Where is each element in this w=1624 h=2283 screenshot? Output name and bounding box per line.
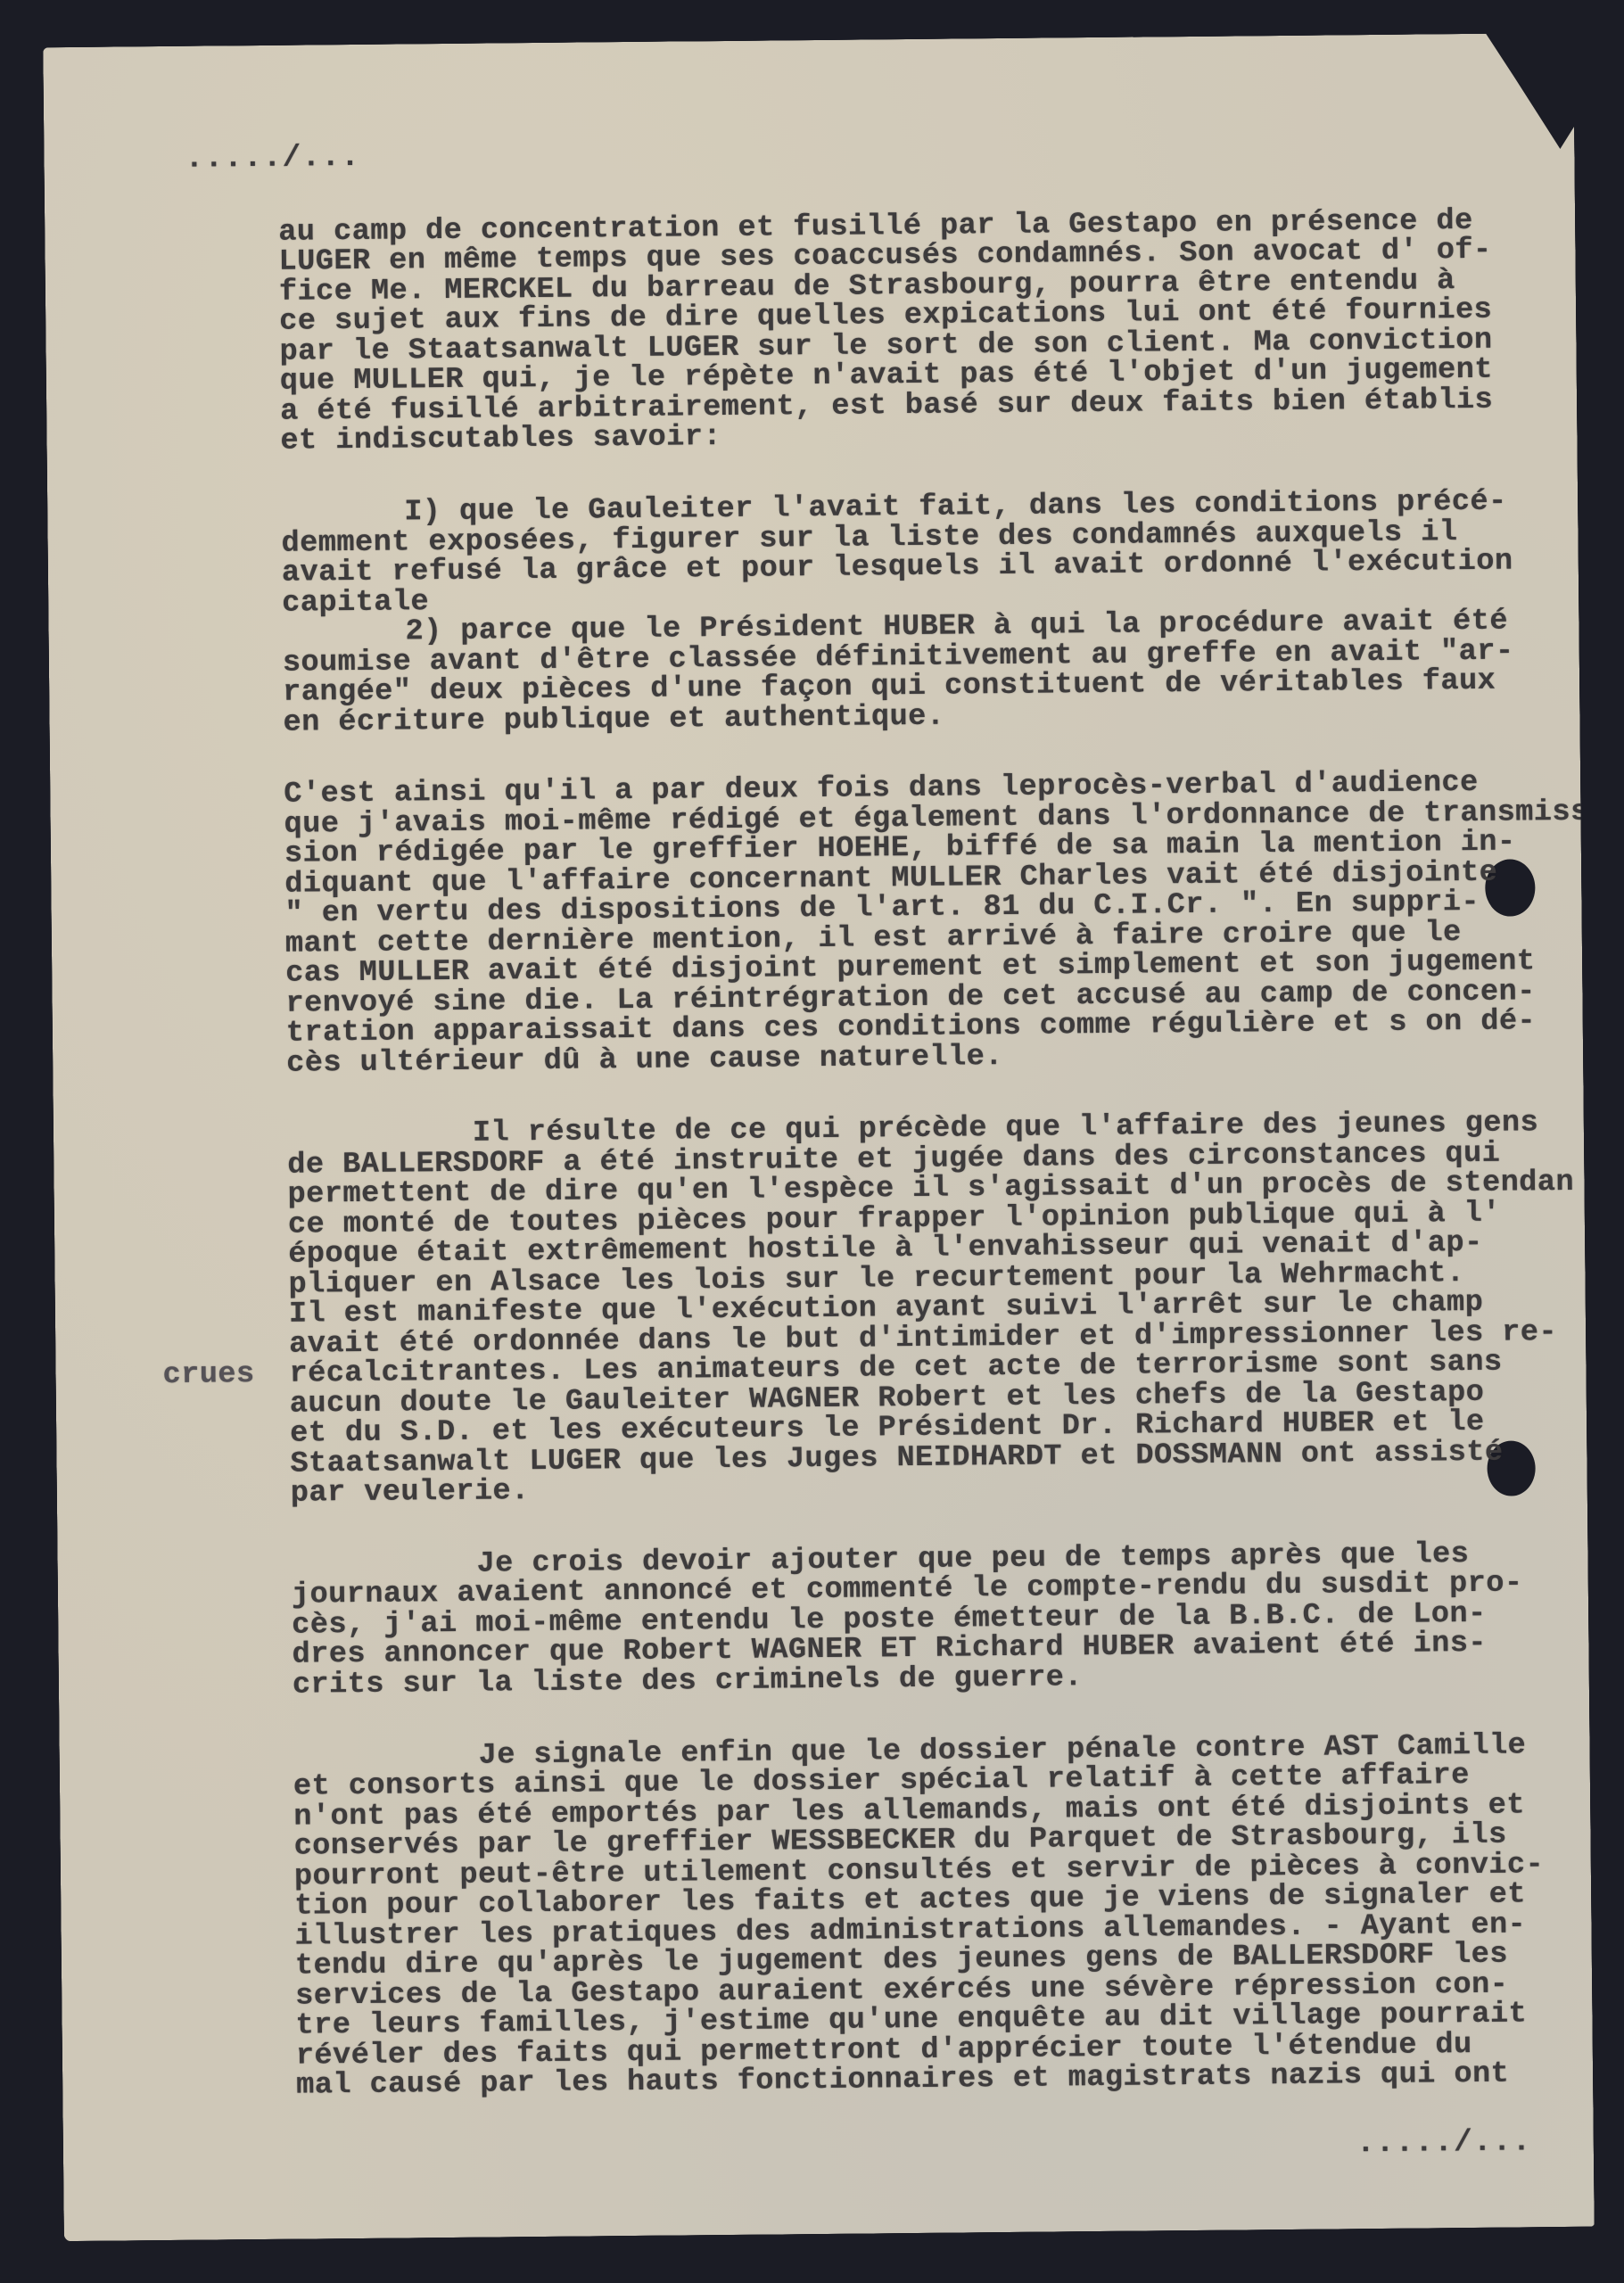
text-line: par veulerie.: [291, 1476, 530, 1509]
document-page: ...../... au camp de concentration et fu…: [43, 33, 1595, 2241]
footer-continuation: ...../...: [1356, 2127, 1532, 2159]
text-line: cès ultérieur dû à une cause naturelle.: [286, 1042, 1003, 1079]
typewritten-text: ...../... au camp de concentration et fu…: [43, 47, 90, 1267]
header-continuation: ...../...: [185, 143, 360, 175]
text-line: en écriture publique et authentique.: [283, 702, 944, 738]
text-line: crits sur la liste des criminels de guer…: [293, 1662, 1083, 1701]
margin-annotation: crues: [162, 1359, 254, 1390]
text-line: et indiscutables savoir:: [280, 422, 721, 457]
